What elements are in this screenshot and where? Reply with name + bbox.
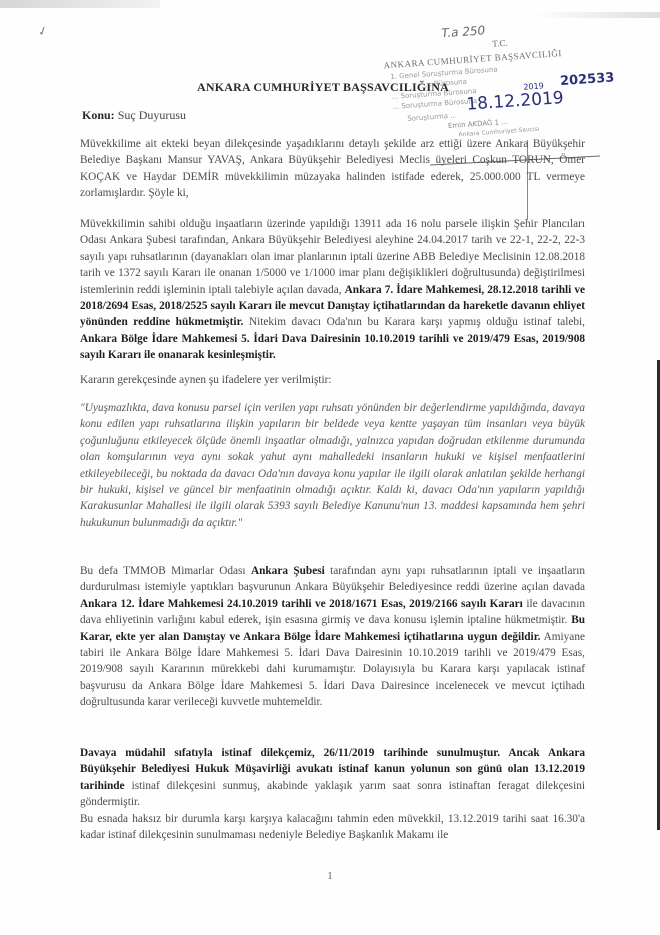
paragraph-bold: Ankara Şubesi bbox=[251, 565, 325, 577]
stamp-registration-number: 202533 bbox=[560, 70, 615, 89]
paragraph-new-case: Bu defa TMMOB Mimarlar Odası Ankara Şube… bbox=[80, 563, 585, 711]
paragraph-appeal: Davaya müdahil sıfatıyla istinaf dilekçe… bbox=[80, 745, 585, 811]
stamp-tc: T.C. bbox=[492, 38, 508, 49]
paragraph-text: Bu defa TMMOB Mimarlar Odası bbox=[80, 565, 246, 577]
paragraph-continuation: Bu esnada haksız bir durumla karşı karşı… bbox=[80, 811, 585, 844]
document-title: ANKARA CUMHURİYET BAŞSAVCILIĞINA bbox=[197, 80, 449, 95]
document-page: ✓ T.a 250 T.C. ANKARA CUMHURİYET BAŞSAVC… bbox=[0, 0, 660, 935]
paragraph-bold: Ankara 12. İdare Mahkemesi 24.10.2019 ta… bbox=[80, 598, 523, 610]
handwritten-note: T.a 250 bbox=[441, 23, 486, 40]
paragraph-background: Müvekkilimin sahibi olduğu inşaatların ü… bbox=[80, 216, 585, 364]
paragraph-quote: "Uyuşmazlıkta, dava konusu parsel için v… bbox=[80, 400, 585, 531]
checkmark-icon: ✓ bbox=[36, 23, 51, 41]
page-number: 1 bbox=[0, 870, 660, 882]
scan-shadow bbox=[0, 0, 160, 8]
subject-line: Konu: Suç Duyurusu bbox=[82, 108, 186, 123]
subject-value: Suç Duyurusu bbox=[118, 108, 186, 122]
paragraph-reasoning-intro: Kararın gerekçesinde aynen şu ifadelere … bbox=[80, 372, 585, 388]
stamp-date: 18.12.2019 bbox=[466, 88, 565, 115]
subject-label: Konu: bbox=[82, 108, 115, 122]
paragraph-bold: Ankara Bölge İdare Mahkemesi 5. İdari Da… bbox=[80, 333, 585, 361]
paragraph-text: istinaf dilekçesini sunmuş, akabinde yak… bbox=[80, 780, 585, 808]
paragraph-text: Nitekim davacı Oda'nın bu Karara karşı y… bbox=[249, 316, 585, 328]
paragraph-intro: Müvekkilime ait ekteki beyan dilekçesind… bbox=[80, 136, 585, 202]
